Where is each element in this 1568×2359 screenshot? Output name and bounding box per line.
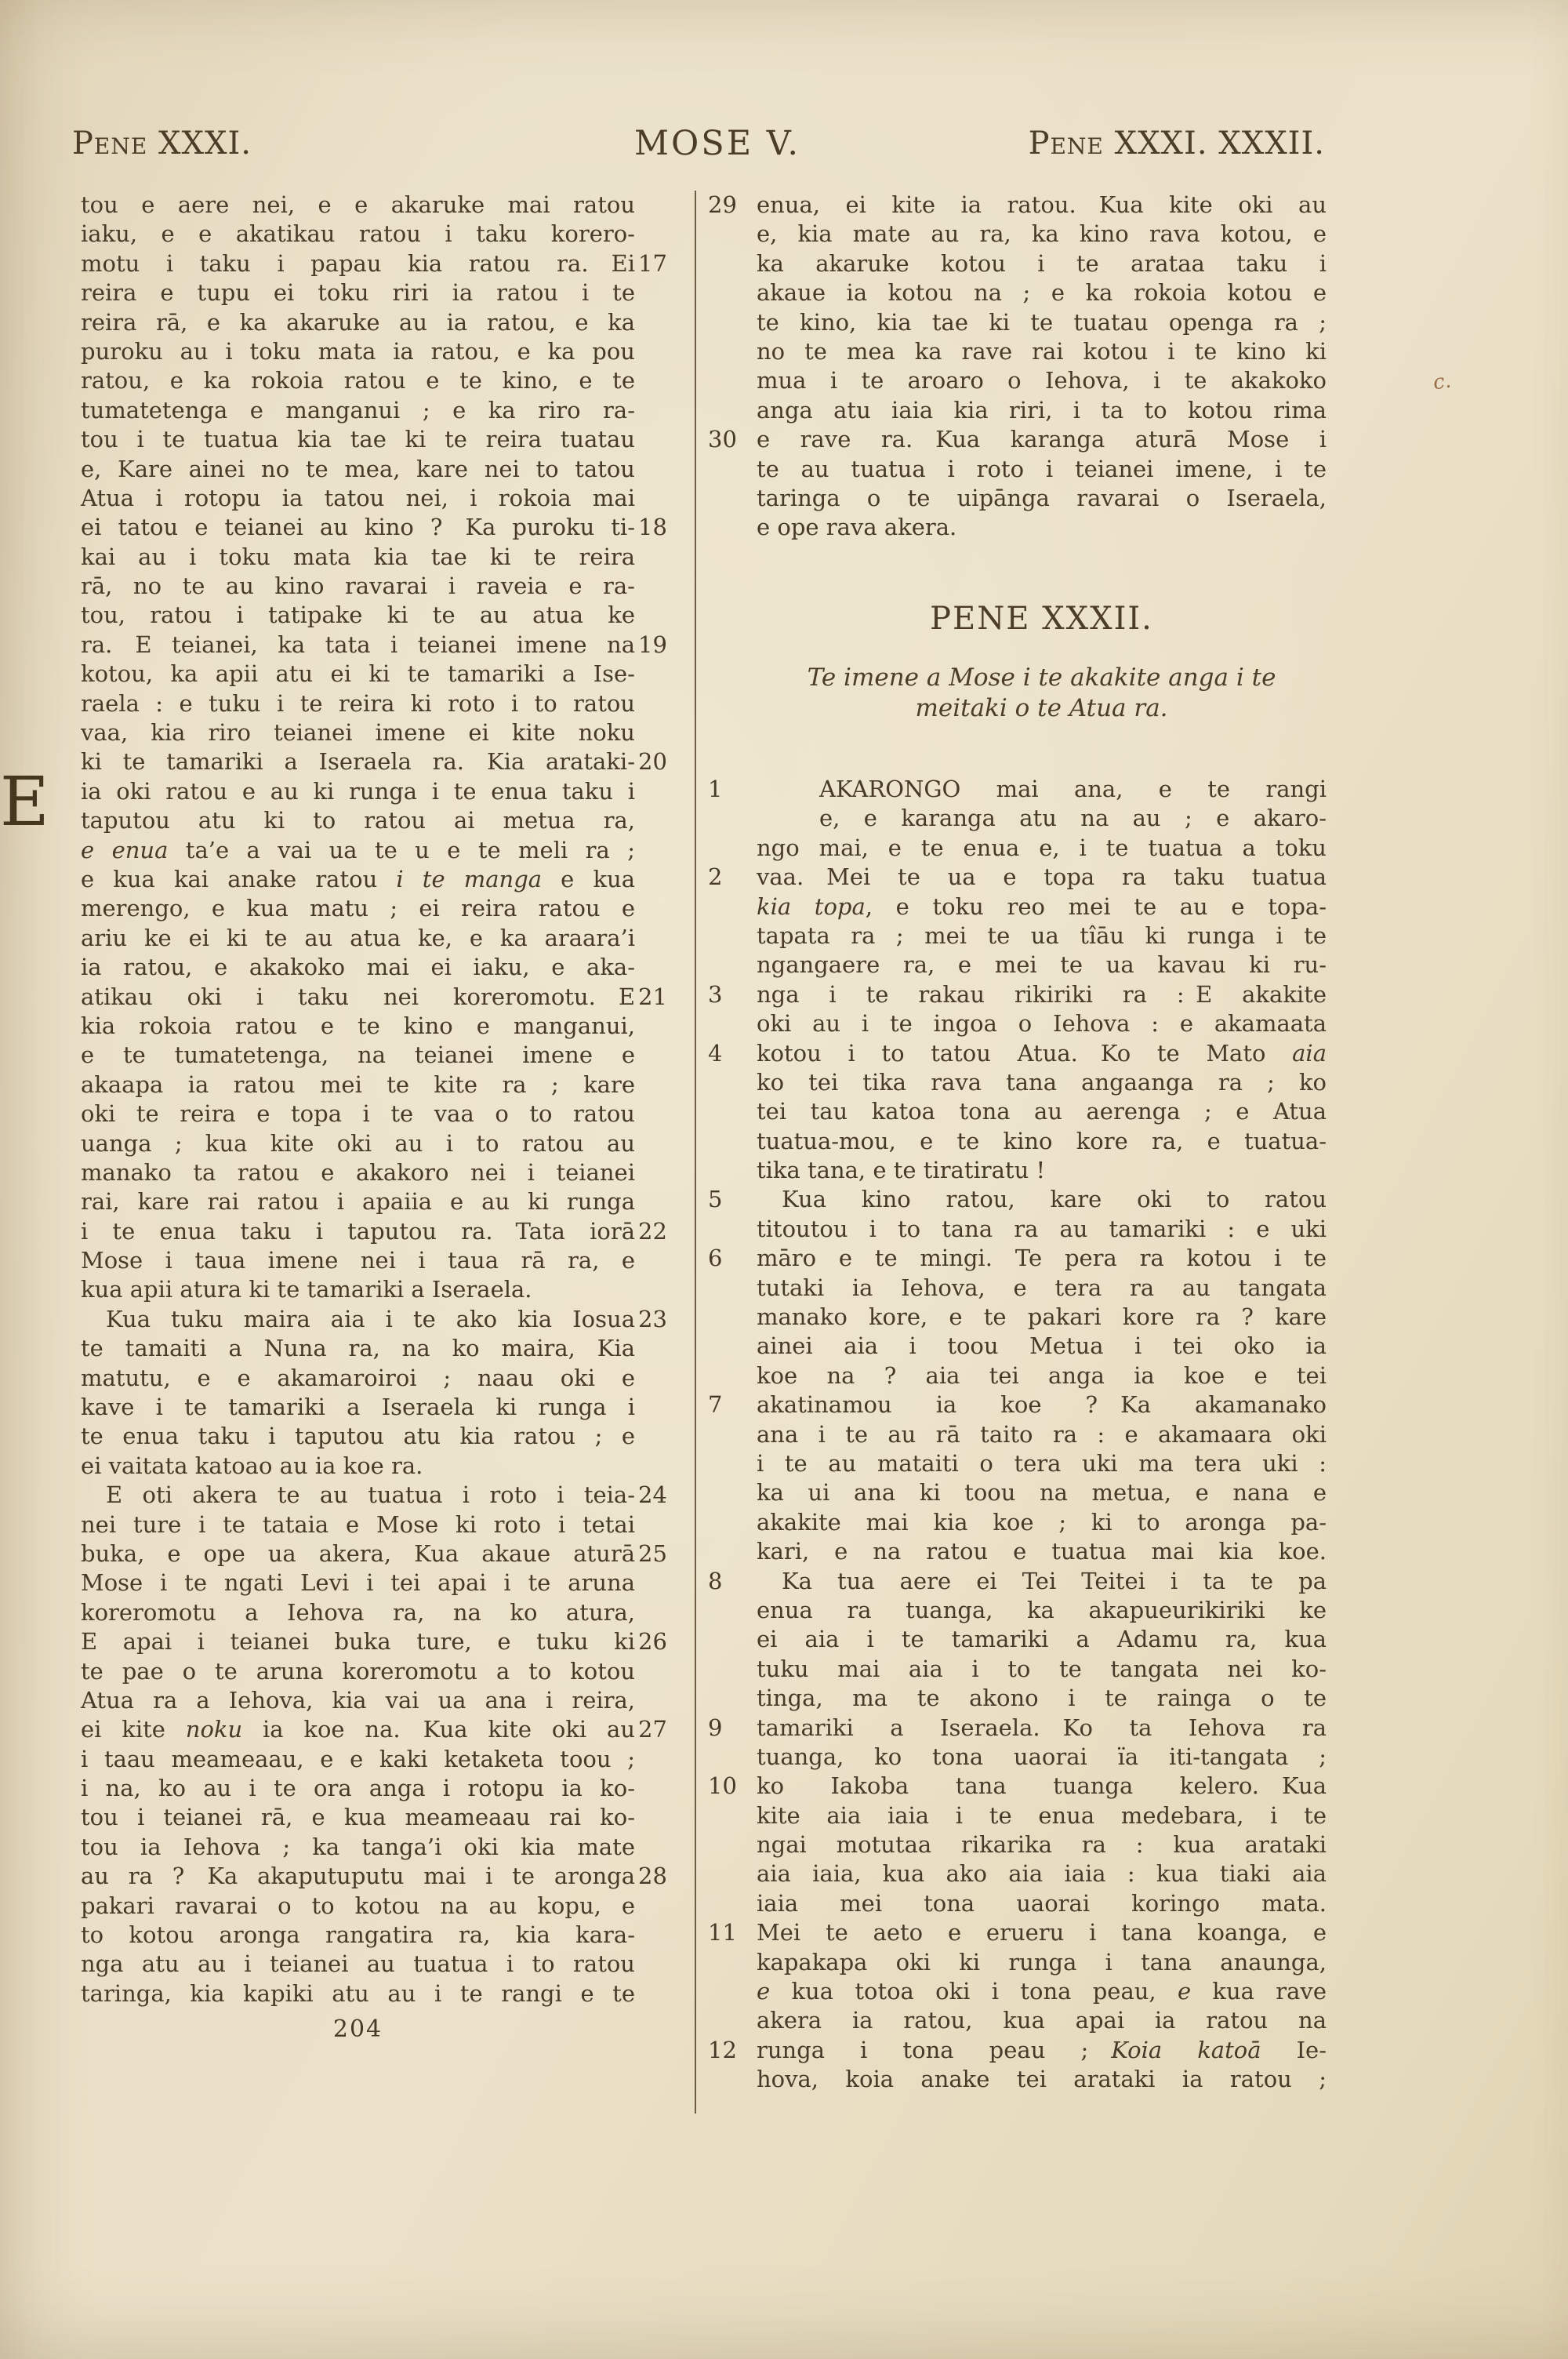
text-line: akakite mai kia koe ; ki to aronga pa-	[757, 1508, 1327, 1537]
verse-number: 7	[708, 1390, 750, 1419]
text-line: ka akaruke kotou i te arataa taku i	[757, 249, 1327, 278]
column-divider-rule	[695, 191, 696, 2114]
text-run: akakite mai kia koe ; ki to aronga pa-	[757, 1509, 1327, 1536]
text-line: tuku mai aia i to te tangata nei ko-	[757, 1655, 1327, 1684]
text-run: E apai i teianei buka ture, e tuku ki	[81, 1628, 635, 1655]
text-line: vaa. Mei te ua e topa ra taku tuatua2	[757, 863, 1327, 892]
text-line: tumatetenga e manganui ; e ka riro ra-	[81, 396, 635, 425]
text-line: AKARONGO mai ana, e te rangi1	[757, 775, 1327, 804]
drop-cap: E	[0, 772, 56, 833]
text-line: taputou atu ki to ratou ai metua ra,	[81, 806, 635, 835]
text-run: ratou, e ka rokoia ratou e te kino, e te	[81, 367, 635, 394]
chapter-subtitle: Te imene a Mose i te akakite anga i te m…	[749, 663, 1334, 724]
text-line: E apai i teianei buka ture, e tuku ki26	[81, 1627, 635, 1656]
verse-number: 2	[708, 863, 750, 892]
text-run: tika tana, e te tiratiratu !	[757, 1157, 1045, 1183]
text-line: ko tei tika rava tana angaanga ra ; ko	[757, 1068, 1327, 1097]
text-run: Ie-	[1261, 2037, 1327, 2063]
text-line: merengo, e kua matu ; ei reira ratou e	[81, 894, 635, 923]
text-line: koreromotu a Iehova ra, na ko atura,	[81, 1598, 635, 1627]
text-run: merengo, e kua matu ; ei reira ratou e	[81, 895, 635, 921]
running-head-center: MOSE V.	[549, 124, 886, 163]
text-run: kotou i to tatou Atua. Ko te Mato	[757, 1040, 1292, 1067]
text-run: kua rave	[1191, 1978, 1327, 2005]
text-line: i taau meameaau, e e kaki ketaketa toou …	[81, 1745, 635, 1774]
text-run: vaa. Mei te ua e topa ra taku tuatua	[757, 863, 1327, 890]
text-line: manako kore, e te pakari kore ra ? kare	[757, 1303, 1327, 1332]
text-line: vaa, kia riro teianei imene ei kite noku	[81, 718, 635, 747]
stray-ink-mark: c.	[1432, 369, 1453, 395]
verse-number: 11	[708, 1918, 750, 1947]
verse-number: 27	[638, 1715, 684, 1744]
text-run: te kino, kia tae ki te tuatau openga ra …	[757, 309, 1327, 336]
verse-number: 20	[638, 747, 684, 776]
text-run: ko Iakoba tana tuanga kelero. Kua	[757, 1772, 1327, 1799]
text-run: ariu ke ei ki te au atua ke, e ka araara…	[81, 925, 635, 951]
text-line: reira e tupu ei toku riri ia ratou i te	[81, 278, 635, 307]
text-line: ei tatou e teianei au kino ? Ka puroku t…	[81, 513, 635, 542]
text-run: ngai motutaa rikarika ra : kua arataki	[757, 1831, 1327, 1858]
text-run: e, Kare ainei no te mea, kare nei to tat…	[81, 456, 635, 482]
text-line: te au tuatua i roto i teianei imene, i t…	[757, 455, 1327, 484]
text-line: anga atu iaia kia riri, i ta to kotou ri…	[757, 396, 1327, 425]
text-line: aia iaia, kua ako aia iaia : kua tiaki a…	[757, 1859, 1327, 1888]
text-line: to kotou aronga rangatira ra, kia kara-	[81, 1921, 635, 1950]
text-line: ka ui ana ki toou na metua, e nana e	[757, 1478, 1327, 1507]
text-run: manako ta ratou e akakoro nei i teianei	[81, 1159, 635, 1186]
text-line: Atua ra a Iehova, kia vai ua ana i reira…	[81, 1686, 635, 1715]
text-line: oki te reira e topa i te vaa o to ratou	[81, 1100, 635, 1129]
text-line: tou e aere nei, e e akaruke mai ratou	[81, 191, 635, 220]
text-run: tapata ra ; mei te ua tîāu ki runga i te	[757, 922, 1327, 949]
text-run: iaku, e e akatikau ratou i taku korero-	[81, 220, 635, 247]
text-run: akaue ia kotou na ; e ka rokoia kotou e	[757, 279, 1327, 306]
text-run: kua apii atura ki te tamariki a Iseraela…	[81, 1276, 532, 1303]
text-run: ia oki ratou e au ki runga i te enua tak…	[81, 778, 635, 805]
text-run: ra. E teianei, ka tata i teianei imene n…	[81, 631, 635, 658]
text-run: Atua ra a Iehova, kia vai ua ana i reira…	[81, 1687, 635, 1714]
text-run: AKARONGO mai ana, e te rangi	[819, 776, 1327, 802]
text-run: te pae o te aruna koreromotu a to kotou	[81, 1658, 635, 1685]
text-run: ka akaruke kotou i te arataa taku i	[757, 250, 1327, 277]
text-line: te tamaiti a Nuna ra, na ko maira, Kia	[81, 1334, 635, 1363]
text-run: Atua i rotopu ia tatou nei, i rokoia mai	[81, 485, 635, 511]
text-run: nga i te rakau rikiriki ra : E akakite	[757, 981, 1327, 1008]
text-run: nga atu au i teianei au tuatua i to rato…	[81, 1950, 635, 1977]
text-run: matutu, e e akamaroiroi ; naau oki e	[81, 1365, 635, 1391]
text-run: e kua	[542, 866, 635, 892]
text-line: enua ra tuanga, ka akapueurikiriki ke	[757, 1596, 1327, 1625]
text-run: ana i te au rā taito ra : e akamaara oki	[757, 1421, 1327, 1448]
text-run: E oti akera te au tuatua i roto i teia-	[106, 1481, 635, 1508]
text-run: runga i tona peau ;	[757, 2037, 1111, 2063]
text-line: e kua totoa oki i tona peau, e kua rave	[757, 1977, 1327, 2006]
text-line: buka, e ope ua akera, Kua akaue aturā25	[81, 1539, 635, 1568]
italic-text-run: aia	[1292, 1040, 1327, 1067]
text-line: Ka tua aere ei Tei Teitei i ta te pa8	[757, 1567, 1327, 1596]
italic-text-run: noku	[186, 1716, 242, 1743]
text-run: no te mea ka rave rai kotou i te kino ki	[757, 338, 1327, 365]
text-line: ngo mai, e te enua e, i te tuatua a toku	[757, 834, 1327, 863]
text-line: Kua tuku maira aia i te ako kia Iosua23	[81, 1305, 635, 1334]
text-line: ei aia i te tamariki a Adamu ra, kua	[757, 1625, 1327, 1654]
left-column: tou e aere nei, e e akaruke mai ratouiak…	[81, 191, 635, 2008]
text-line: kua apii atura ki te tamariki a Iseraela…	[81, 1275, 635, 1304]
text-run: Ka tua aere ei Tei Teitei i ta te pa	[782, 1568, 1327, 1594]
text-line: tutaki ia Iehova, e tera ra au tangata	[757, 1274, 1327, 1303]
chapter-subtitle-line: meitaki o te Atua ra.	[749, 693, 1334, 724]
text-run: iaia mei tona uaorai koringo mata.	[757, 1890, 1327, 1917]
verse-number: 9	[708, 1714, 750, 1743]
text-run: ka ui ana ki toou na metua, e nana e	[757, 1479, 1327, 1506]
text-run: Mose i te ngati Levi i tei apai i te aru…	[81, 1569, 635, 1596]
text-run: e rave ra. Kua karanga aturā Mose i	[757, 426, 1327, 453]
text-run: akaapa ia ratou mei te kite ra ; kare	[81, 1071, 635, 1098]
text-run: kai au i toku mata kia tae ki te reira	[81, 543, 635, 570]
text-line: kia topa, e toku reo mei te au e topa-	[757, 892, 1327, 921]
text-line: e enua ta’e a vai ua te u e te meli ra ;	[81, 836, 635, 865]
text-run: hova, koia anake tei arataki ia ratou ;	[757, 2066, 1327, 2092]
text-line: ratou, e ka rokoia ratou e te kino, e te	[81, 366, 635, 395]
text-line: nei ture i te tataia e Mose ki roto i te…	[81, 1510, 635, 1539]
text-run: ta’e a vai ua te u e te meli ra ;	[168, 837, 635, 863]
italic-text-run: e	[757, 1978, 770, 2005]
text-line: kotou, ka apii atu ei ki te tamariki a I…	[81, 660, 635, 689]
text-run: anga atu iaia kia riri, i ta to kotou ri…	[757, 397, 1327, 423]
text-line: akera ia ratou, kua apai ia ratou na	[757, 2006, 1327, 2035]
text-run: Mei te aeto e erueru i tana koanga, e	[757, 1919, 1327, 1946]
text-run: titoutou i to tana ra au tamariki : e uk…	[757, 1216, 1327, 1242]
text-line: te kino, kia tae ki te tuatau openga ra …	[757, 308, 1327, 337]
text-run: te tamaiti a Nuna ra, na ko maira, Kia	[81, 1335, 635, 1361]
text-line: e, e karanga atu na au ; e akaro-	[757, 804, 1327, 833]
text-line: tinga, ma te akono i te rainga o te	[757, 1684, 1327, 1713]
text-run: ei kite	[81, 1716, 186, 1743]
text-line: kave i te tamariki a Iseraela ki runga i	[81, 1393, 635, 1422]
text-run: ei aia i te tamariki a Adamu ra, kua	[757, 1626, 1327, 1652]
text-line: titoutou i to tana ra au tamariki : e uk…	[757, 1215, 1327, 1244]
text-run: ngangaere ra, e mei te ua kavau ki ru-	[757, 951, 1327, 978]
running-head-left: Pene XXXI.	[72, 125, 252, 162]
text-run: uanga ; kua kite oki au i to ratou au	[81, 1130, 635, 1157]
text-line: nga i te rakau rikiriki ra : E akakite3	[757, 980, 1327, 1009]
text-run: ki te tamariki a Iseraela ra. Kia aratak…	[81, 748, 635, 775]
text-line: Mose i taua imene nei i taua rā ra, e	[81, 1246, 635, 1275]
text-line: puroku au i toku mata ia ratou, e ka pou	[81, 337, 635, 366]
text-run: mua i te aroaro o Iehova, i te akakoko	[757, 367, 1327, 394]
text-line: taringa, kia kapiki atu au i te rangi e …	[81, 1979, 635, 2008]
text-run: kave i te tamariki a Iseraela ki runga i	[81, 1394, 635, 1420]
text-line: e kua kai anake ratou i te manga e kua	[81, 865, 635, 894]
text-run: i te au mataiti o tera uki ma tera uki :	[757, 1450, 1327, 1477]
text-run: e te tumatetenga, na teianei imene e	[81, 1041, 635, 1068]
verse-number: 30	[708, 425, 750, 454]
text-run: e, e karanga atu na au ; e akaro-	[819, 805, 1327, 831]
text-run: tou i teianei rā, e kua meameaau rai ko-	[81, 1804, 635, 1830]
text-line: akaapa ia ratou mei te kite ra ; kare	[81, 1070, 635, 1100]
verse-number: 24	[638, 1481, 684, 1510]
verse-number: 23	[638, 1305, 684, 1334]
text-line: au ra ? Ka akaputuputu mai i te aronga28	[81, 1862, 635, 1891]
text-run: rai, kare rai ratou i apaiia e au ki run…	[81, 1188, 635, 1215]
text-line: ngangaere ra, e mei te ua kavau ki ru-	[757, 951, 1327, 980]
text-line: kai au i toku mata kia tae ki te reira	[81, 543, 635, 572]
text-run: to kotou aronga rangatira ra, kia kara-	[81, 1921, 635, 1948]
text-line: ngai motutaa rikarika ra : kua arataki	[757, 1830, 1327, 1859]
text-line: tou, ratou i tatipake ki te au atua ke	[81, 601, 635, 630]
text-line: kite aia iaia i te enua medebara, i te	[757, 1801, 1327, 1830]
verse-number: 1	[708, 775, 750, 804]
text-run: , e toku reo mei te au e topa-	[866, 893, 1327, 920]
text-line: raela : e tuku i te reira ki roto i to r…	[81, 689, 635, 718]
text-line: nga atu au i teianei au tuatua i to rato…	[81, 1950, 635, 1979]
text-run: oki te reira e topa i te vaa o to ratou	[81, 1100, 635, 1127]
text-run: māro e te mingi. Te pera ra kotou i te	[757, 1245, 1327, 1271]
text-run: e kua kai anake ratou	[81, 866, 396, 892]
text-line: Atua i rotopu ia tatou nei, i rokoia mai	[81, 484, 635, 513]
text-line: ki te tamariki a Iseraela ra. Kia aratak…	[81, 747, 635, 776]
text-line: pakari ravarai o to kotou na au kopu, e	[81, 1892, 635, 1921]
text-run: ainei aia i toou Metua i tei oko ia	[757, 1332, 1327, 1359]
text-line: kapakapa oki ki runga i tana anaunga,	[757, 1948, 1327, 1977]
text-run: raela : e tuku i te reira ki roto i to r…	[81, 690, 635, 717]
verse-number: 18	[638, 513, 684, 542]
text-line: matutu, e e akamaroiroi ; naau oki e	[81, 1364, 635, 1393]
verse-number: 29	[708, 191, 750, 220]
text-line: ko Iakoba tana tuanga kelero. Kua10	[757, 1772, 1327, 1801]
text-run: koreromotu a Iehova ra, na ko atura,	[81, 1599, 635, 1626]
text-run: ei tatou e teianei au kino ? Ka puroku t…	[81, 514, 635, 540]
verse-number: 6	[708, 1244, 750, 1273]
verse-number: 12	[708, 2036, 750, 2065]
text-run: tou i te tuatua kia tae ki te reira tuat…	[81, 426, 635, 453]
text-line: oki au i te ingoa o Iehova : e akamaata	[757, 1009, 1327, 1038]
text-line: ra. E teianei, ka tata i teianei imene n…	[81, 631, 635, 660]
text-run: tuanga, ko tona uaorai ïa iti-tangata ;	[757, 1743, 1327, 1770]
text-run: enua, ei kite ia ratou. Kua kite oki au	[757, 191, 1327, 218]
text-line: koe na ? aia tei anga ia koe e tei	[757, 1361, 1327, 1390]
text-run: i te enua taku i taputou ra. Tata iorā	[81, 1218, 635, 1245]
verse-number: 17	[638, 249, 684, 278]
text-line: ia oki ratou e au ki runga i te enua tak…	[81, 777, 635, 806]
text-line: e, Kare ainei no te mea, kare nei to tat…	[81, 455, 635, 484]
text-line: akaue ia kotou na ; e ka rokoia kotou e	[757, 278, 1327, 307]
text-line: iaia mei tona uaorai koringo mata.	[757, 1889, 1327, 1918]
text-line: e ope rava akera.	[757, 513, 1327, 542]
text-run: oki au i te ingoa o Iehova : e akamaata	[757, 1010, 1327, 1037]
text-line: Mei te aeto e erueru i tana koanga, e11	[757, 1918, 1327, 1947]
text-line: ana i te au rā taito ra : e akamaara oki	[757, 1420, 1327, 1449]
text-run: Kua tuku maira aia i te ako kia Iosua	[106, 1306, 635, 1332]
text-run: Kua kino ratou, kare oki to ratou	[782, 1186, 1327, 1212]
text-run: aia iaia, kua ako aia iaia : kua tiaki a…	[757, 1860, 1327, 1887]
text-line: e, kia mate au ra, ka kino rava kotou, e	[757, 220, 1327, 249]
text-line: tapata ra ; mei te ua tîāu ki runga i te	[757, 921, 1327, 951]
text-line: kari, e na ratou e tuatua mai kia koe.	[757, 1537, 1327, 1566]
text-line: uanga ; kua kite oki au i to ratou au	[81, 1129, 635, 1158]
text-run: te enua taku i taputou atu kia ratou ; e	[81, 1423, 635, 1449]
text-line: Mose i te ngati Levi i tei apai i te aru…	[81, 1568, 635, 1598]
text-line: ainei aia i toou Metua i tei oko ia	[757, 1332, 1327, 1361]
text-run: motu i taku i papau kia ratou ra. Ei	[81, 250, 635, 277]
book-page-photo: { "colors":{"paper":"#e7dcc2","ink":"#48…	[0, 0, 1568, 2359]
verse-number: 4	[708, 1039, 750, 1068]
chapter-heading: PENE XXXII.	[757, 601, 1327, 637]
text-run: enua ra tuanga, ka akapueurikiriki ke	[757, 1597, 1327, 1623]
text-line: rai, kare rai ratou i apaiia e au ki run…	[81, 1187, 635, 1216]
page-number: 204	[81, 2016, 635, 2043]
text-line: tou i teianei rā, e kua meameaau rai ko-	[81, 1803, 635, 1832]
text-run: kari, e na ratou e tuatua mai kia koe.	[757, 1538, 1327, 1565]
right-column-top: enua, ei kite ia ratou. Kua kite oki au2…	[757, 191, 1327, 543]
text-line: e rave ra. Kua karanga aturā Mose i30	[757, 425, 1327, 454]
text-run: taringa, kia kapiki atu au i te rangi e …	[81, 1980, 635, 2007]
text-run: i na, ko au i te ora anga i rotopu ia ko…	[81, 1775, 635, 1801]
text-run: e, kia mate au ra, ka kino rava kotou, e	[757, 220, 1327, 247]
running-head: Pene XXXI. MOSE V. Pene XXXI. XXXII.	[0, 125, 1517, 165]
text-line: ia ratou, e akakoko mai ei iaku, e aka-	[81, 953, 635, 982]
text-line: kia rokoia ratou e te kino e manganui,	[81, 1012, 635, 1041]
text-line: atikau oki i taku nei koreromotu. E21	[81, 983, 635, 1012]
text-line: tuatua-mou, e te kino kore ra, e tuatua-	[757, 1127, 1327, 1156]
text-run: ei vaitata katoao au ia koe ra.	[81, 1452, 423, 1479]
text-run: rā, no te au kino ravarai i raveia e ra-	[81, 572, 635, 599]
text-line: no te mea ka rave rai kotou i te kino ki	[757, 337, 1327, 366]
text-line: kotou i to tatou Atua. Ko te Mato aia4	[757, 1039, 1327, 1068]
text-run: tinga, ma te akono i te rainga o te	[757, 1685, 1327, 1711]
text-run: Mose i taua imene nei i taua rā ra, e	[81, 1247, 635, 1274]
text-run: taputou atu ki to ratou ai metua ra,	[81, 807, 635, 834]
text-run: tutaki ia Iehova, e tera ra au tangata	[757, 1274, 1327, 1301]
text-line: iaku, e e akatikau ratou i taku korero-	[81, 220, 635, 249]
text-run: buka, e ope ua akera, Kua akaue aturā	[81, 1540, 635, 1567]
verse-number: 3	[708, 980, 750, 1009]
text-run: ia koe na. Kua kite oki au	[242, 1716, 635, 1743]
text-line: ei vaitata katoao au ia koe ra.	[81, 1452, 635, 1481]
text-line: enua, ei kite ia ratou. Kua kite oki au2…	[757, 191, 1327, 220]
text-run: tuatua-mou, e te kino kore ra, e tuatua-	[757, 1128, 1327, 1154]
text-run: manako kore, e te pakari kore ra ? kare	[757, 1303, 1327, 1330]
running-head-right: Pene XXXI. XXXII.	[1029, 125, 1325, 162]
text-run: tou e aere nei, e e akaruke mai ratou	[81, 191, 635, 218]
text-run: kia rokoia ratou e te kino e manganui,	[81, 1012, 635, 1039]
italic-text-run: Koia katoā	[1111, 2037, 1261, 2063]
text-line: manako ta ratou e akakoro nei i teianei	[81, 1158, 635, 1187]
text-run: tou ia Iehova ; ka tanga’i oki kia mate	[81, 1834, 635, 1860]
text-run: reira rā, e ka akaruke au ia ratou, e ka	[81, 309, 635, 336]
text-run: puroku au i toku mata ia ratou, e ka pou	[81, 338, 635, 365]
verse-number: 25	[638, 1539, 684, 1568]
text-run: atikau oki i taku nei koreromotu. E	[81, 983, 635, 1010]
text-line: reira rā, e ka akaruke au ia ratou, e ka	[81, 308, 635, 337]
text-run: te au tuatua i roto i teianei imene, i t…	[757, 456, 1327, 482]
verse-number: 22	[638, 1217, 684, 1246]
text-run: pakari ravarai o to kotou na au kopu, e	[81, 1892, 635, 1919]
right-column-song: AKARONGO mai ana, e te rangi1e, e karang…	[757, 775, 1327, 2095]
verse-number: 5	[708, 1185, 750, 1214]
text-run: vaa, kia riro teianei imene ei kite noku	[81, 719, 635, 746]
text-line: e te tumatetenga, na teianei imene e	[81, 1041, 635, 1070]
text-run: tuku mai aia i to te tangata nei ko-	[757, 1656, 1327, 1682]
text-run: tumatetenga e manganui ; e ka riro ra-	[81, 397, 635, 423]
text-line: motu i taku i papau kia ratou ra. Ei17	[81, 249, 635, 278]
text-line: i na, ko au i te ora anga i rotopu ia ko…	[81, 1774, 635, 1803]
text-line: ei kite noku ia koe na. Kua kite oki au2…	[81, 1715, 635, 1744]
verse-number: 26	[638, 1627, 684, 1656]
italic-text-run: i te manga	[396, 866, 542, 892]
text-run: tei tau katoa tona au aerenga ; e Atua	[757, 1098, 1327, 1125]
text-run: tou, ratou i tatipake ki te au atua ke	[81, 602, 635, 628]
text-run: reira e tupu ei toku riri ia ratou i te	[81, 279, 635, 306]
verse-number: 21	[638, 983, 684, 1012]
text-line: te pae o te aruna koreromotu a to kotou	[81, 1657, 635, 1686]
text-run: ia ratou, e akakoko mai ei iaku, e aka-	[81, 954, 635, 980]
text-run: ko tei tika rava tana angaanga ra ; ko	[757, 1069, 1327, 1096]
text-line: E oti akera te au tuatua i roto i teia-2…	[81, 1481, 635, 1510]
text-line: tei tau katoa tona au aerenga ; e Atua	[757, 1097, 1327, 1126]
chapter-subtitle-line: Te imene a Mose i te akakite anga i te	[749, 663, 1334, 693]
text-line: Kua kino ratou, kare oki to ratou5	[757, 1185, 1327, 1214]
text-line: akatinamou ia koe ? Ka akamanako7	[757, 1390, 1327, 1419]
verse-number: 19	[638, 631, 684, 660]
text-line: i te enua taku i taputou ra. Tata iorā22	[81, 1217, 635, 1246]
text-run: e ope rava akera.	[757, 514, 956, 540]
text-run: kua totoa oki i tona peau,	[770, 1978, 1178, 2005]
text-run: akatinamou ia koe ? Ka akamanako	[757, 1391, 1327, 1418]
text-run: ngo mai, e te enua e, i te tuatua a toku	[757, 834, 1327, 861]
text-run: i taau meameaau, e e kaki ketaketa toou …	[81, 1746, 635, 1772]
text-line: i te au mataiti o tera uki ma tera uki :	[757, 1449, 1327, 1478]
italic-text-run: kia topa	[757, 893, 866, 920]
text-run: kapakapa oki ki runga i tana anaunga,	[757, 1949, 1327, 1976]
text-line: runga i tona peau ; Koia katoā Ie-12	[757, 2036, 1327, 2065]
verse-number: 28	[638, 1862, 684, 1891]
text-line: mua i te aroaro o Iehova, i te akakoko	[757, 366, 1327, 395]
italic-text-run: e enua	[81, 837, 168, 863]
text-line: tika tana, e te tiratiratu !	[757, 1156, 1327, 1185]
text-run: kite aia iaia i te enua medebara, i te	[757, 1802, 1327, 1829]
italic-text-run: e	[1178, 1978, 1191, 2005]
text-line: tou ia Iehova ; ka tanga’i oki kia mate	[81, 1833, 635, 1862]
text-run: taringa o te uipānga ravarai o Iseraela,	[757, 485, 1327, 511]
text-line: tamariki a Iseraela. Ko ta Iehova ra9	[757, 1714, 1327, 1743]
text-run: nei ture i te tataia e Mose ki roto i te…	[81, 1511, 635, 1538]
text-run: koe na ? aia tei anga ia koe e tei	[757, 1362, 1327, 1389]
text-line: māro e te mingi. Te pera ra kotou i te6	[757, 1244, 1327, 1273]
text-run: au ra ? Ka akaputuputu mai i te aronga	[81, 1863, 635, 1889]
text-line: tou i te tuatua kia tae ki te reira tuat…	[81, 425, 635, 454]
text-run: akera ia ratou, kua apai ia ratou na	[757, 2007, 1327, 2034]
text-line: ariu ke ei ki te au atua ke, e ka araara…	[81, 924, 635, 953]
text-line: te enua taku i taputou atu kia ratou ; e	[81, 1422, 635, 1451]
verse-number: 10	[708, 1772, 750, 1801]
text-line: hova, koia anake tei arataki ia ratou ;	[757, 2065, 1327, 2094]
text-line: taringa o te uipānga ravarai o Iseraela,	[757, 484, 1327, 513]
text-line: tuanga, ko tona uaorai ïa iti-tangata ;	[757, 1743, 1327, 1772]
text-run: kotou, ka apii atu ei ki te tamariki a I…	[81, 660, 635, 687]
verse-number: 8	[708, 1567, 750, 1596]
text-run: tamariki a Iseraela. Ko ta Iehova ra	[757, 1714, 1327, 1741]
text-line: rā, no te au kino ravarai i raveia e ra-	[81, 572, 635, 601]
